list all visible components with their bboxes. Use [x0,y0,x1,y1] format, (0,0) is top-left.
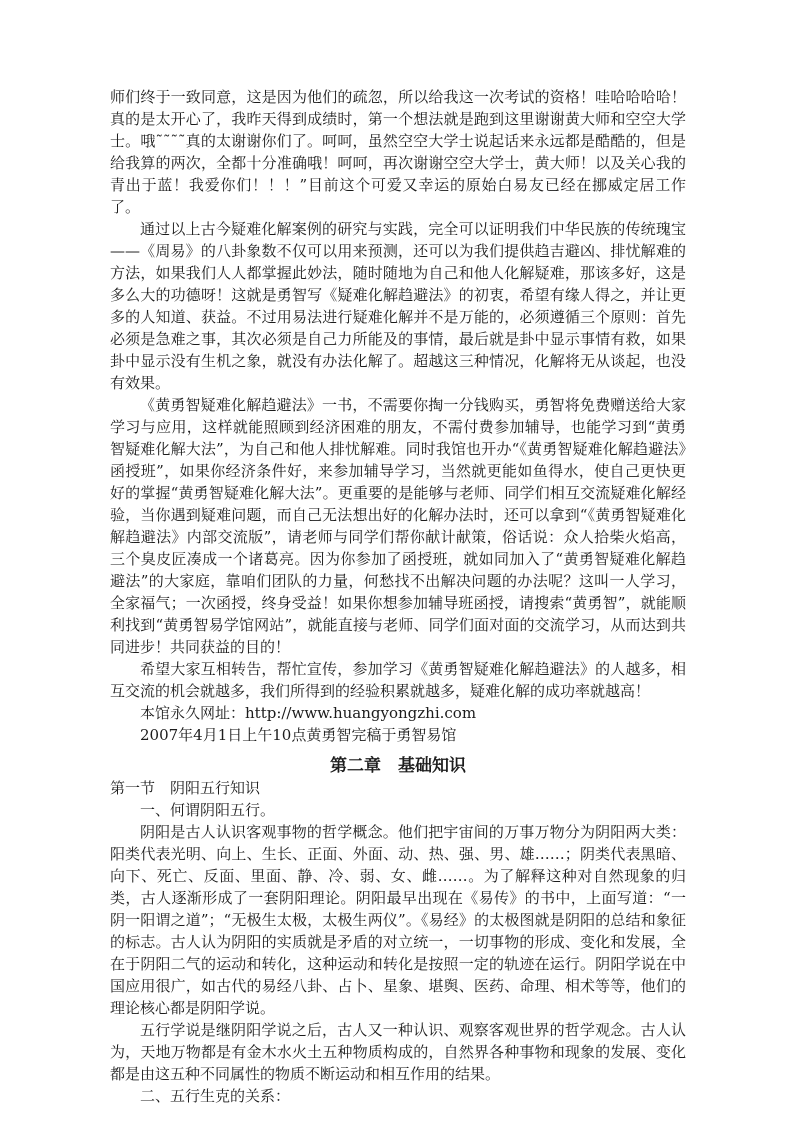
paragraph-wuxing-theory: 五行学说是继阴阳学说之后，古人又一种认识、观察客观世界的哲学观念。古人认为，天地… [110,1019,686,1085]
section-title: 第一节 阴阳五行知识 [110,777,686,799]
paragraph-book-offer: 《黄勇智疑难化解趋避法》一书，不需要你掏一分钱购买，勇智将免费赠送给大家学习与应… [110,394,686,658]
text-block: 师们终于一致同意，这是因为他们的疏忽，所以给我这一次考试的资格！哇哈哈哈哈！真的… [110,86,686,1107]
paragraph-yinyang-theory: 阴阳是古人认识客观事物的哲学概念。他们把宇宙间的万事万物分为阴阳两大类：阳类代表… [110,821,686,1019]
subheading-yinyang-wuxing: 一、何谓阴阳五行。 [110,799,686,821]
website-url-line: 本馆永久网址：http://www.huangyongzhi.com [110,702,686,724]
subheading-wuxing-shengke: 二、五行生克的关系： [110,1085,686,1107]
date-signature-line: 2007年4月1日上午10点黄勇智完稿于勇智易馆 [110,724,686,746]
paragraph-spread-word: 希望大家互相转告，帮忙宣传，参加学习《黄勇智疑难化解趋避法》的人越多，相互交流的… [110,658,686,702]
paragraph-continuation: 师们终于一致同意，这是因为他们的疏忽，所以给我这一次考试的资格！哇哈哈哈哈！真的… [110,86,686,218]
chapter-heading: 第二章 基础知识 [110,755,686,777]
paragraph-zhouyi-intro: 通过以上古今疑难化解案例的研究与实践，完全可以证明我们中华民族的传统瑰宝——《周… [110,218,686,394]
document-page: 师们终于一致同意，这是因为他们的疏忽，所以给我这一次考试的资格！哇哈哈哈哈！真的… [0,0,793,1122]
